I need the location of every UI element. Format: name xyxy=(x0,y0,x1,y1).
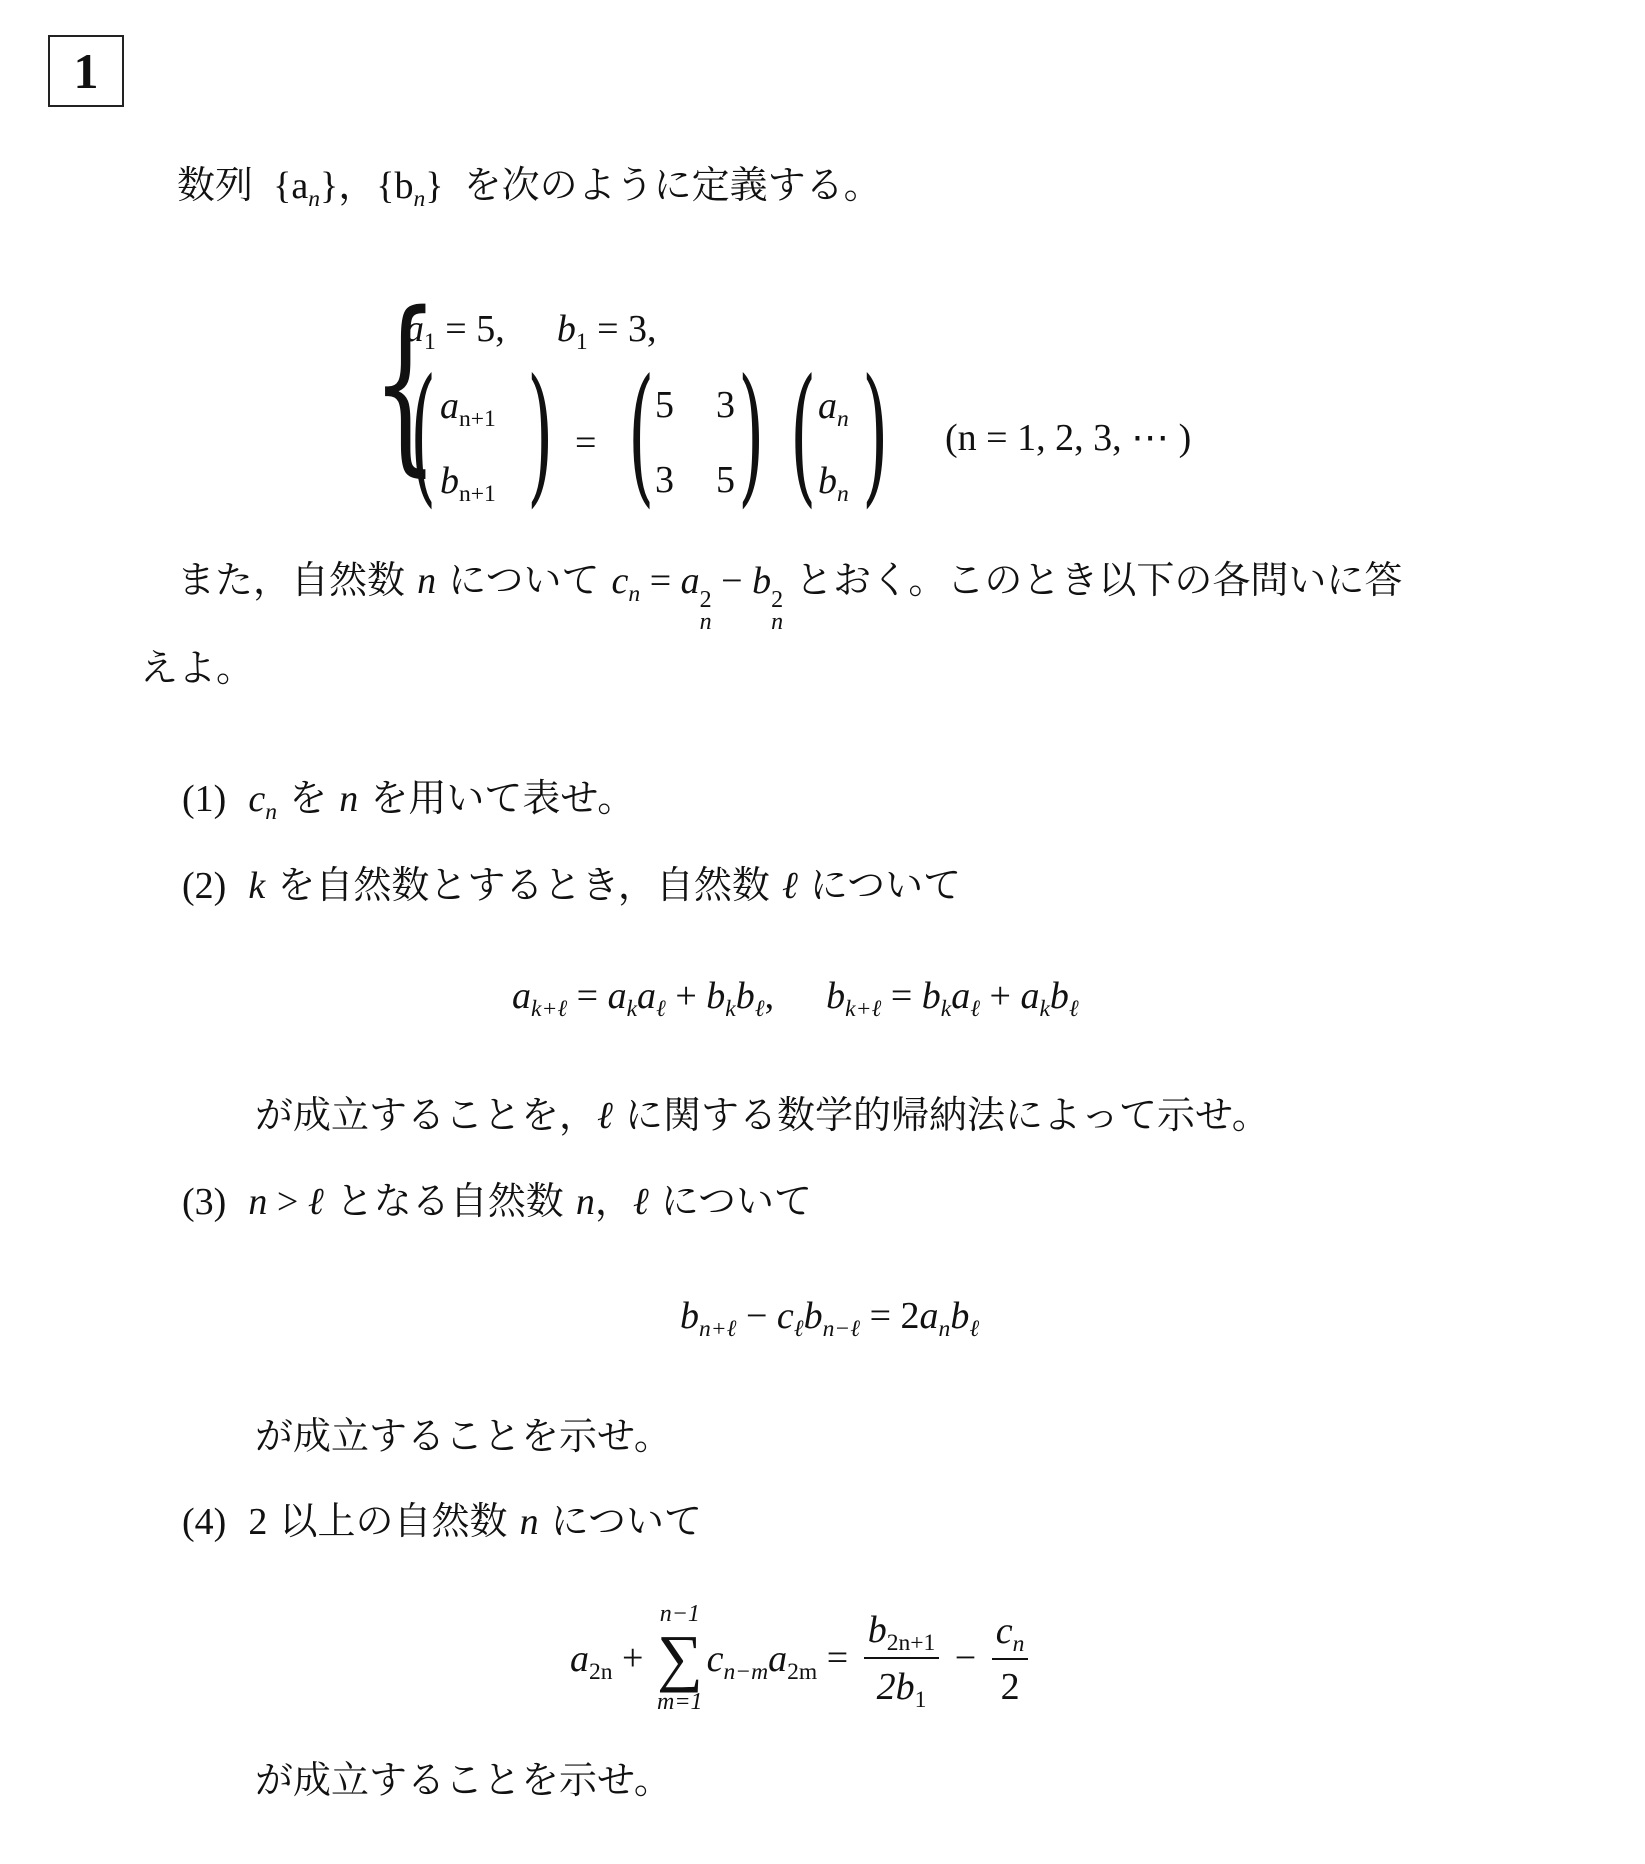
q4-fraction-2: cn 2 xyxy=(992,1607,1029,1710)
rhs-top: an xyxy=(818,385,849,426)
q4-a: a xyxy=(570,1638,589,1680)
cn-b-scripts: 2n xyxy=(771,589,783,633)
q4-frac1-num-sub: 2n+1 xyxy=(887,1630,936,1656)
q3-text2: について xyxy=(661,1179,812,1223)
q4-plus: + xyxy=(613,1635,653,1681)
q4-conclusion: が成立することを示せ。 xyxy=(255,1757,672,1803)
q4-c-sub: n−m xyxy=(723,1659,768,1685)
q4-n: n xyxy=(520,1501,539,1543)
b1-value: = 3, xyxy=(588,308,657,350)
q3-n: n xyxy=(248,1181,267,1223)
q3-text1: となる自然数 xyxy=(336,1179,564,1223)
q2-conclusion-suffix: に関する数学的帰納法によって示せ。 xyxy=(625,1093,1270,1137)
lhs-bottom: bn+1 xyxy=(440,460,496,501)
question-4-label: (4) xyxy=(182,1501,226,1543)
lhs-a-sub: n+1 xyxy=(459,406,496,432)
q2-text2: について xyxy=(810,863,961,907)
question-2: (2) k を自然数とするとき，自然数 ℓ について xyxy=(182,862,961,909)
lhs-left-paren: ( xyxy=(410,360,436,510)
rhs-b-symbol: b xyxy=(818,460,837,502)
cn-b: b xyxy=(752,560,771,602)
rhs-a-symbol: a xyxy=(818,385,837,427)
q3-conclusion: が成立することを示せ。 xyxy=(255,1413,672,1459)
q4-frac2-num: c xyxy=(996,1610,1013,1652)
cn-c: c xyxy=(612,560,629,602)
question-3: (3) n > ℓ となる自然数 n，ℓ について xyxy=(182,1178,812,1225)
cn-prefix: また，自然数 xyxy=(177,558,405,602)
lhs-top: an+1 xyxy=(440,385,496,426)
a1-symbol: a xyxy=(405,308,424,350)
q3-l: ℓ xyxy=(308,1181,324,1223)
q2-eq-left2-sub: k+ℓ xyxy=(845,996,881,1022)
q4-eq: = xyxy=(817,1635,857,1681)
lhs-a-symbol: a xyxy=(440,385,459,427)
cn-n: n xyxy=(417,560,436,602)
q4-a-sub: 2n xyxy=(589,1659,613,1685)
q3-b1: b xyxy=(680,1295,699,1337)
q3-b3: b xyxy=(950,1295,969,1337)
a1-value: = 5, xyxy=(436,308,505,350)
q3-c: c xyxy=(777,1295,794,1337)
q4-frac2-den: 2 xyxy=(997,1660,1024,1710)
q2-term-sub: ℓ xyxy=(656,996,666,1022)
q2-text1: を自然数とするとき，自然数 xyxy=(277,863,769,907)
cn-b-sub: n xyxy=(771,611,783,633)
q2-eq-left1: a xyxy=(512,975,531,1017)
cn-suffix: とおく。このとき以下の各問いに答 xyxy=(795,558,1402,602)
lhs-b-symbol: b xyxy=(440,460,459,502)
q2-term-sub: k xyxy=(941,996,951,1022)
initial-conditions: a1 = 5, b1 = 3, xyxy=(405,305,657,352)
q4-summation: n−1 ∑ m=1 xyxy=(657,1602,703,1714)
q3-n2: n xyxy=(576,1181,595,1223)
q4-a2: a xyxy=(768,1638,787,1680)
q3-b1-sub: n+ℓ xyxy=(699,1316,736,1342)
b1-symbol: b xyxy=(557,308,576,350)
q3-sep: ， xyxy=(595,1179,633,1223)
q3-gt: > xyxy=(267,1181,307,1223)
q4-equation: a2n + n−1 ∑ m=1 cn−ma2m = b2n+1 2b1 − cn… xyxy=(570,1598,1034,1718)
rhs-b-sub: n xyxy=(837,481,849,507)
cn-minus: − xyxy=(712,560,752,602)
index-condition: (n = 1, 2, 3, ⋯ ) xyxy=(945,415,1191,461)
cn-a: a xyxy=(681,560,700,602)
lhs-b-sub: n+1 xyxy=(459,481,496,507)
q1-n: n xyxy=(339,778,358,820)
question-1-label: (1) xyxy=(182,778,226,820)
q4-frac1-den: 2b xyxy=(877,1666,915,1708)
matrix-cell-21: 3 xyxy=(655,460,674,500)
definition-system: { a1 = 5, b1 = 3, ( an+1 bn+1 ) = ( 5 3 … xyxy=(0,0,1645,540)
q1-c: c xyxy=(248,778,265,820)
q2-term: a xyxy=(951,975,970,1017)
sigma-icon: ∑ xyxy=(657,1626,703,1690)
q2-term: b xyxy=(706,975,725,1017)
question-3-label: (3) xyxy=(182,1181,226,1223)
q4-frac1-num: b xyxy=(868,1609,887,1651)
q4-frac2-num-sub: n xyxy=(1013,1631,1025,1657)
system-equals: = xyxy=(575,420,596,466)
q3-b2: b xyxy=(804,1295,823,1337)
q2-conclusion-prefix: が成立することを， xyxy=(255,1093,597,1137)
q3-l2: ℓ xyxy=(633,1181,649,1223)
q2-term-sub: k xyxy=(1039,996,1049,1022)
cn-b-sup: 2 xyxy=(771,589,783,611)
q4-text1: 以上の自然数 xyxy=(280,1499,508,1543)
question-4: (4) 2 以上の自然数 n について xyxy=(182,1498,702,1545)
q2-equation: ak+ℓ = akaℓ + bkbℓ, bk+ℓ = bkaℓ + akbℓ xyxy=(512,972,1079,1019)
q2-term: b xyxy=(736,975,755,1017)
q2-k: k xyxy=(248,865,265,907)
q2-term: b xyxy=(1050,975,1069,1017)
q4-two: 2 xyxy=(248,1501,267,1543)
q2-term: a xyxy=(608,975,627,1017)
matrix-right-paren: ) xyxy=(738,360,764,510)
q3-minus: − xyxy=(736,1295,776,1337)
rhs-bottom: bn xyxy=(818,460,849,501)
q3-a: a xyxy=(920,1295,939,1337)
cn-a-sup: 2 xyxy=(700,589,712,611)
cn-continuation: えよ。 xyxy=(140,645,254,691)
q2-term: a xyxy=(1020,975,1039,1017)
q2-conclusion: が成立することを，ℓ に関する数学的帰納法によって示せ。 xyxy=(255,1092,1270,1139)
rhs-a-sub: n xyxy=(837,406,849,432)
q4-a2-sub: 2m xyxy=(787,1659,817,1685)
q2-term-sub: ℓ xyxy=(970,996,980,1022)
q3-b3-sub: ℓ xyxy=(969,1316,979,1342)
cn-a-scripts: 2n xyxy=(700,589,712,633)
q3-a-sub: n xyxy=(939,1316,951,1342)
q2-term: a xyxy=(637,975,656,1017)
cn-c-sub: n xyxy=(628,581,640,607)
q3-eq: = 2 xyxy=(860,1295,919,1337)
cn-definition-line: また，自然数 n について cn = a2n − b2n とおく。このとき以下の… xyxy=(177,557,1402,633)
q3-equation: bn+ℓ − cℓbn−ℓ = 2anbℓ xyxy=(680,1292,979,1339)
lhs-right-paren: ) xyxy=(527,360,553,510)
q4-text2: について xyxy=(551,1499,702,1543)
q2-term-sub: ℓ xyxy=(1069,996,1079,1022)
matrix-cell-22: 5 xyxy=(716,460,735,500)
q1-c-sub: n xyxy=(265,799,277,825)
q1-text2: を用いて表せ。 xyxy=(370,776,635,820)
q2-conclusion-l: ℓ xyxy=(597,1095,613,1137)
matrix-cell-12: 3 xyxy=(716,385,735,425)
q3-c-sub: ℓ xyxy=(794,1316,804,1342)
q2-term: b xyxy=(922,975,941,1017)
q4-sum-lower: m=1 xyxy=(657,1690,703,1714)
cn-a-sub: n xyxy=(700,611,712,633)
q4-minus: − xyxy=(945,1635,985,1681)
cn-mid: について xyxy=(448,558,599,602)
q2-eq-left1-sub: k+ℓ xyxy=(531,996,567,1022)
q2-l: ℓ xyxy=(782,865,798,907)
q4-fraction-1: b2n+1 2b1 xyxy=(864,1606,940,1710)
cn-eq: = xyxy=(640,560,680,602)
q4-frac1-den-sub: 1 xyxy=(915,1687,927,1713)
q2-eq-sep: , xyxy=(765,975,775,1017)
matrix-cell-11: 5 xyxy=(655,385,674,425)
q1-text1: を xyxy=(289,776,327,820)
q2-term-sub: k xyxy=(627,996,637,1022)
b1-sub: 1 xyxy=(576,329,588,355)
rhs-right-paren: ) xyxy=(862,360,888,510)
q2-plus: + xyxy=(666,975,706,1017)
q4-c: c xyxy=(707,1638,724,1680)
question-2-label: (2) xyxy=(182,865,226,907)
q2-term-sub: k xyxy=(725,996,735,1022)
q2-term-sub: ℓ xyxy=(755,996,765,1022)
q2-eq-left2: b xyxy=(826,975,845,1017)
q2-plus: + xyxy=(980,975,1020,1017)
question-1: (1) cn を n を用いて表せ。 xyxy=(182,775,635,822)
q3-b2-sub: n−ℓ xyxy=(823,1316,860,1342)
matrix-left-paren: ( xyxy=(628,360,654,510)
rhs-left-paren: ( xyxy=(790,360,816,510)
